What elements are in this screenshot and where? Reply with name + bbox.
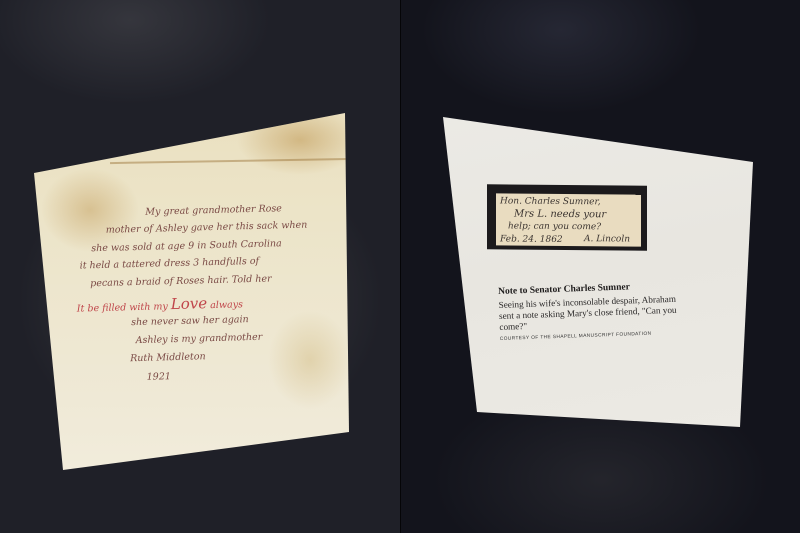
fabric-stain	[110, 158, 350, 164]
caption-credit: COURTESY OF THE SHAPELL MANUSCRIPT FOUND…	[500, 331, 685, 342]
embroidery-line: it held a tattered dress 3 handfulls of	[80, 257, 260, 271]
embroidery-year: 1921	[147, 372, 171, 382]
embroidery-signature: Ruth Middleton	[130, 352, 206, 363]
note-line: Mrs L. needs your	[514, 209, 606, 221]
note-signature: A. Lincoln	[584, 234, 630, 244]
embroidered-text: My great grandmother Rose mother of Ashl…	[60, 192, 350, 200]
embroidery-line: pecans a braid of Roses hair. Told her	[90, 274, 272, 288]
embroidery-phrase: It be filled with my	[77, 301, 168, 314]
embroidery-phrase: always	[210, 299, 243, 311]
note-date: Feb. 24. 1862	[500, 234, 563, 245]
embroidery-line-red: It be filled with my Love always	[77, 295, 243, 314]
embroidery-line: Ashley is my grandmother	[136, 333, 263, 346]
left-photo: My great grandmother Rose mother of Ashl…	[0, 0, 400, 533]
embroidery-line: mother of Ashley gave her this sack when	[106, 221, 308, 236]
embroidery-line: she never saw her again	[131, 315, 249, 328]
exhibit-caption: Note to Senator Charles Sumner Seeing hi…	[498, 281, 685, 342]
note-line: help; can you come?	[508, 221, 601, 232]
embroidery-line: My great grandmother Rose	[145, 204, 282, 217]
caption-body: Seeing his wife's inconsolable despair, …	[498, 294, 684, 333]
note-line: Hon. Charles Sumner,	[500, 196, 601, 207]
embroidered-sack: My great grandmother Rose mother of Ashl…	[0, 0, 400, 533]
framed-lincoln-note: Hon. Charles Sumner, Mrs L. needs your h…	[487, 184, 647, 250]
embroidery-line: she was sold at age 9 in South Carolina	[91, 239, 282, 253]
embroidery-love-word: Love	[171, 294, 208, 313]
handwritten-note: Hon. Charles Sumner, Mrs L. needs your h…	[496, 193, 641, 246]
